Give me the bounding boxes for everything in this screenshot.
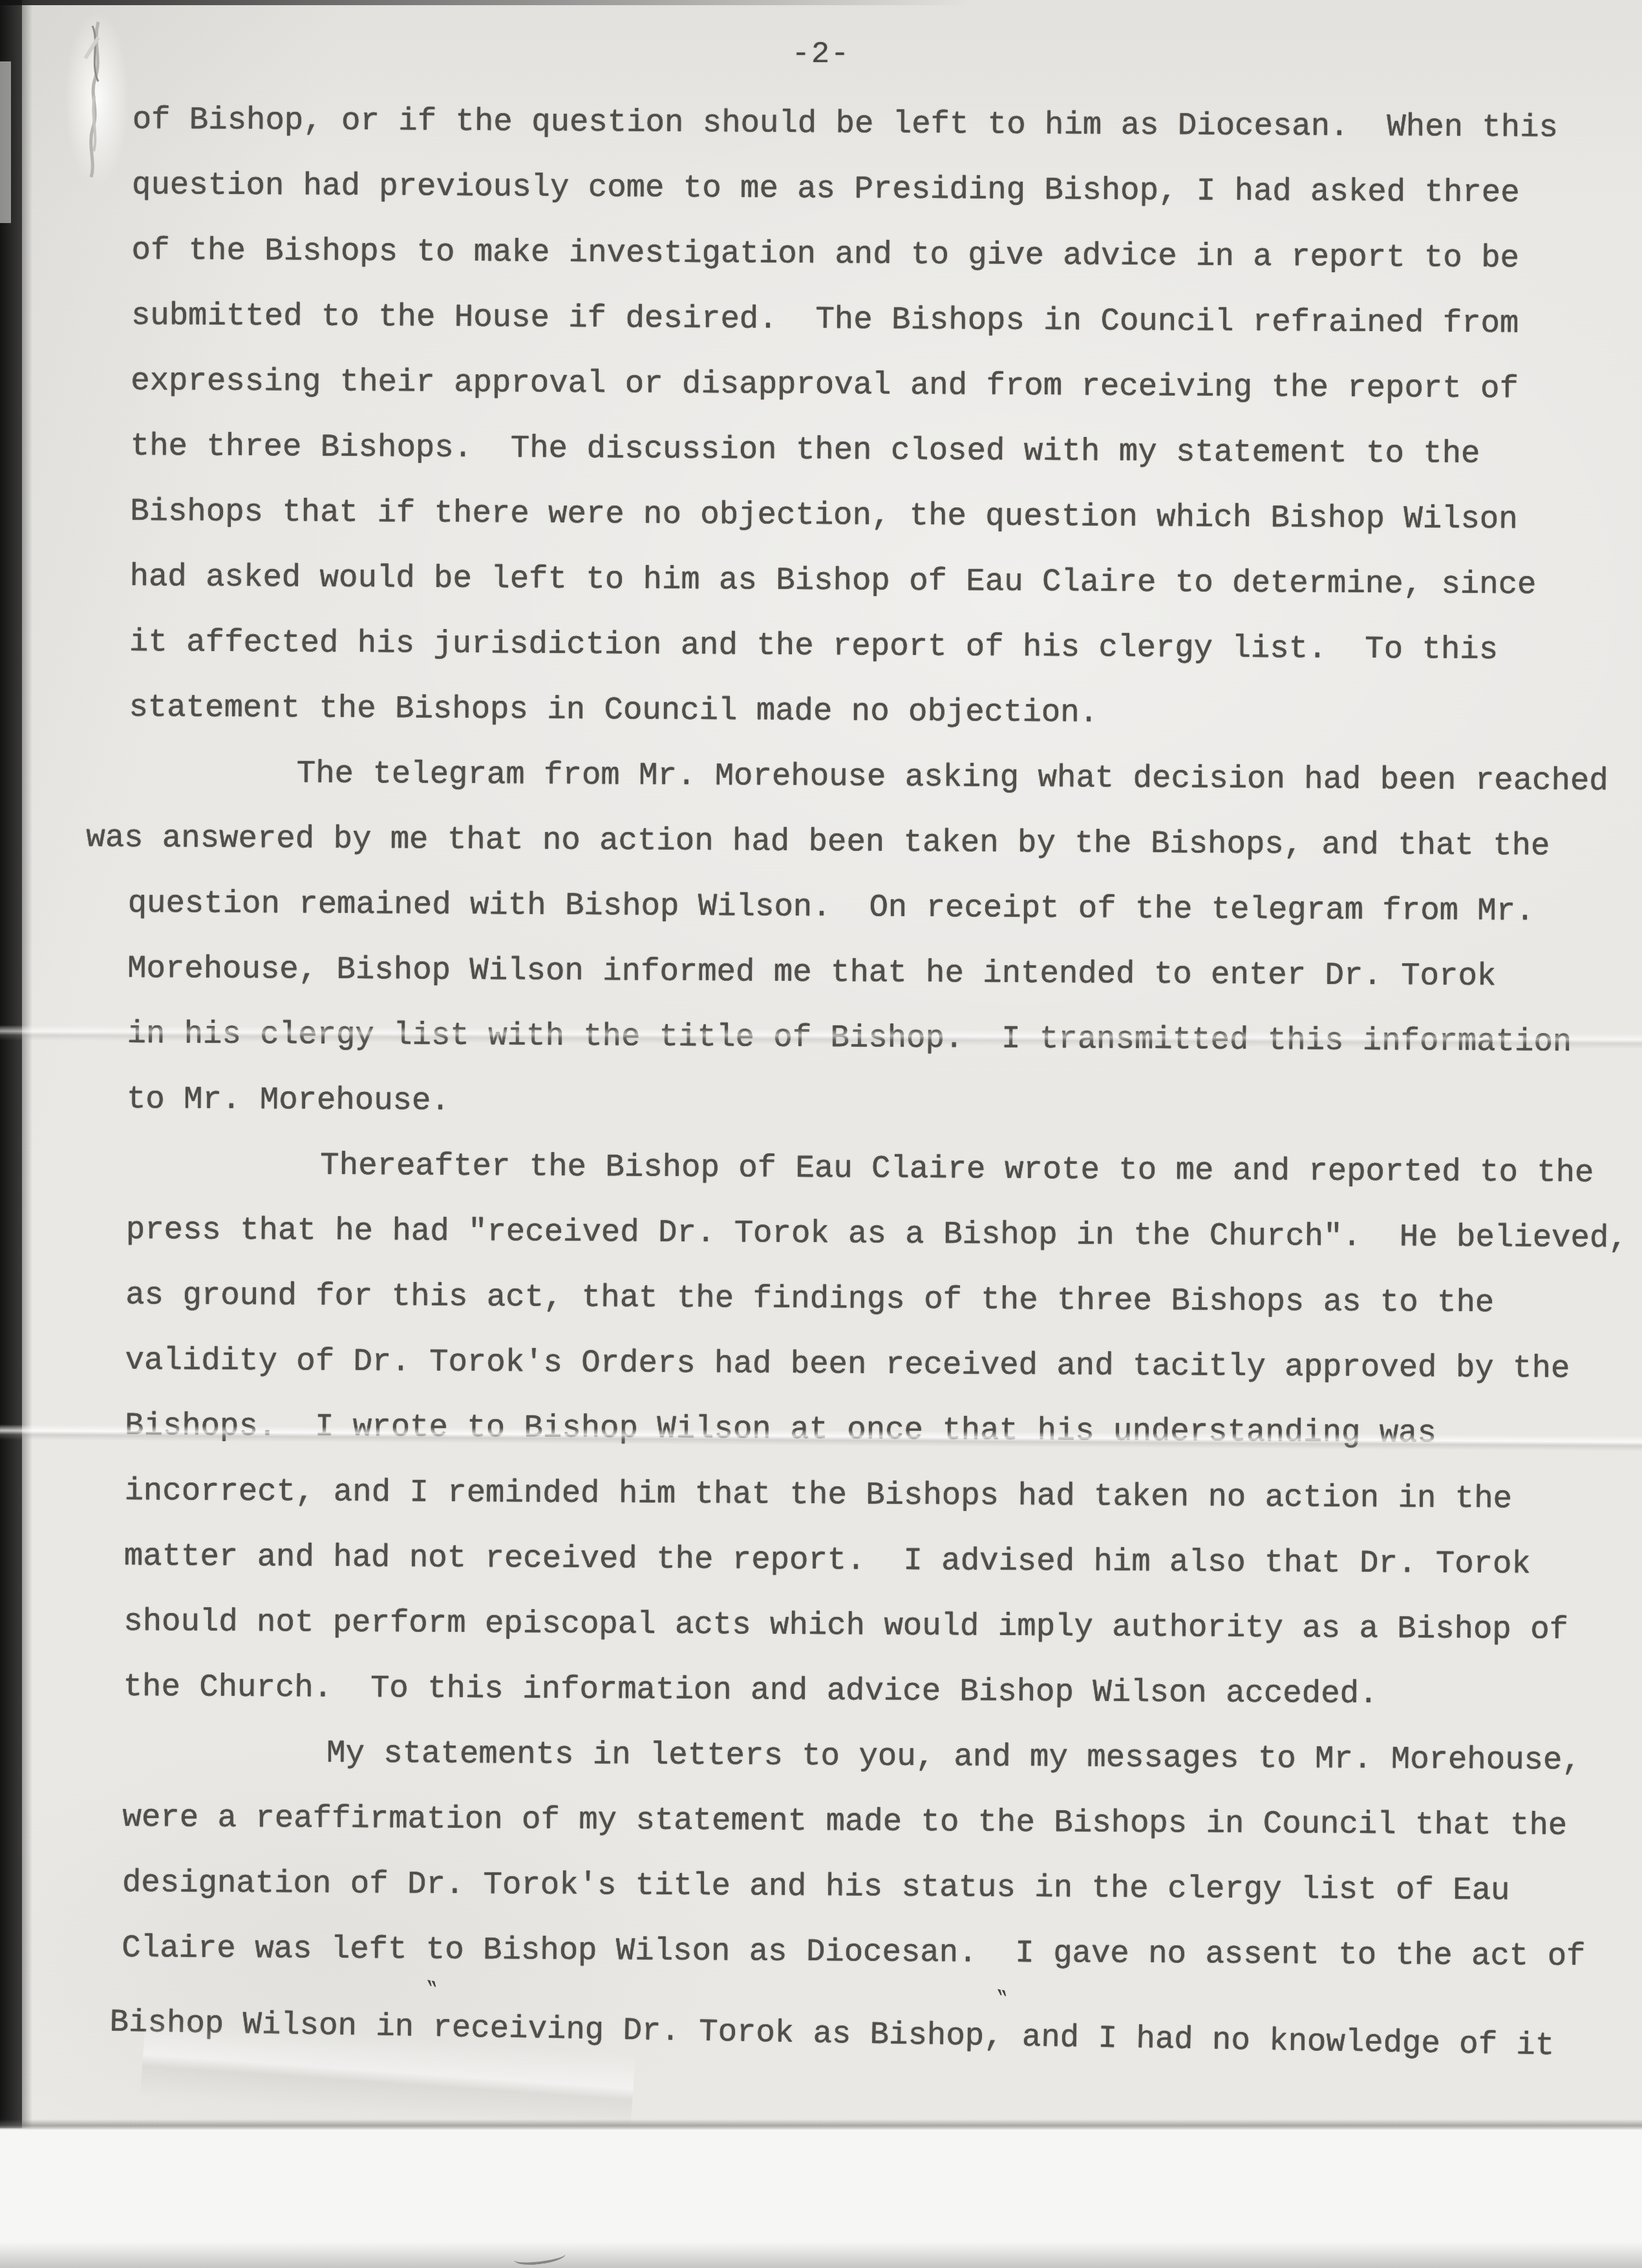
typewritten-line: to Mr. Morehouse. <box>127 1067 1642 1141</box>
typewritten-line: question had previously come to me as Pr… <box>132 153 1642 227</box>
scanner-top-edge <box>0 0 970 5</box>
typewritten-line: was answered by me that no action had be… <box>86 806 1642 880</box>
typewritten-line: Thereafter the Bishop of Eau Claire wrot… <box>126 1132 1642 1206</box>
typewritten-line: of the Bishops to make investigation and… <box>131 218 1642 292</box>
typewritten-line: statement the Bishops in Council made no… <box>129 675 1642 749</box>
typewritten-line: designation of Dr. Torok's title and his… <box>122 1850 1642 1925</box>
typewritten-line: The telegram from Mr. Morehouse asking w… <box>129 740 1642 815</box>
typewritten-line: as ground for this act, that the finding… <box>125 1263 1642 1337</box>
paper-left-edge-shadow <box>22 0 32 2128</box>
typewritten-line: should not perform episcopal acts which … <box>123 1589 1642 1664</box>
typewritten-line: validity of Dr. Torok's Orders had been … <box>125 1328 1642 1402</box>
typewritten-line: were a reaffirmation of my statement mad… <box>122 1785 1642 1859</box>
typewritten-line: the three Bishops. The discussion then c… <box>131 414 1642 488</box>
typewritten-line: Bishops that if there were no objection,… <box>130 479 1642 553</box>
typewritten-line: had asked would be left to him as Bishop… <box>129 544 1642 619</box>
typewritten-line: the Church. To this information and advi… <box>123 1654 1642 1729</box>
scanned-letter-page: -2- of Bishop, or if the question should… <box>0 0 1642 2268</box>
typewritten-text-segment: and I had no knowledge of it <box>1003 2018 1555 2064</box>
typewritten-line: My statements in letters to you, and my … <box>123 1720 1642 1794</box>
scanner-edge-strip <box>0 0 22 2128</box>
typewritten-line: press that he had "received Dr. Torok as… <box>126 1197 1642 1272</box>
typewritten-line: of Bishop, or if the question should be … <box>132 87 1642 162</box>
scanner-edge-highlight <box>0 61 11 223</box>
typewritten-line: question remained with Bishop Wilson. On… <box>127 871 1642 945</box>
typewritten-line: it affected his jurisdiction and the rep… <box>129 610 1642 684</box>
page-number: -2- <box>0 37 1642 72</box>
letter-body: of Bishop, or if the question should be … <box>121 87 1642 2064</box>
typewritten-line: Morehouse, Bishop Wilson informed me tha… <box>127 936 1642 1011</box>
typewritten-line: submitted to the House if desired. The B… <box>131 283 1642 358</box>
typewritten-line: Claire was left to Bishop Wilson as Dioc… <box>122 1916 1642 1990</box>
backing-bottom-shadow <box>0 2242 1642 2268</box>
typewritten-line: expressing their approval or disapproval… <box>131 348 1642 423</box>
typewritten-line: incorrect, and I reminded him that the B… <box>124 1459 1642 1533</box>
typewritten-line: matter and had not received the report. … <box>124 1524 1642 1598</box>
